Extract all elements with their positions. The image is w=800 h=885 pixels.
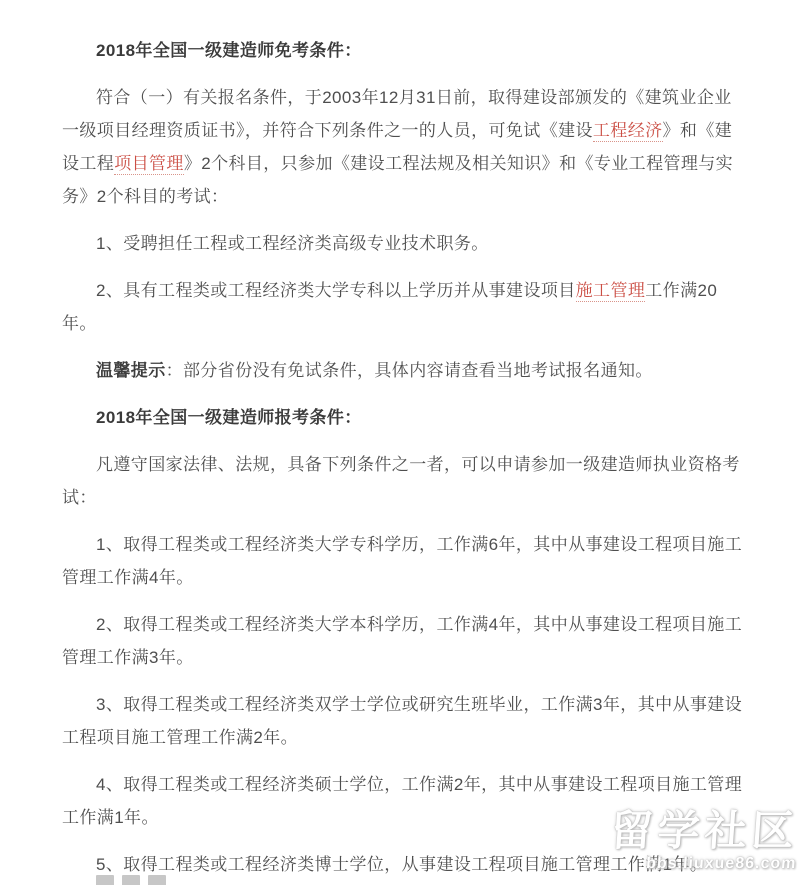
link-xiangmu-guanli[interactable]: 项目管理 [114, 154, 184, 175]
warm-tip-text: ：部分省份没有免试条件，具体内容请查看当地考试报名通知。 [166, 361, 653, 380]
warm-tip-label: 温馨提示 [96, 361, 166, 380]
link-gongcheng-jingji[interactable]: 工程经济 [593, 121, 663, 142]
section1-item-2: 2、具有工程类或工程经济类大学专科以上学历并从事建设项目施工管理工作满20年。 [62, 274, 747, 340]
section2-item-1: 1、取得工程类或工程经济类大学专科学历，工作满6年，其中从事建设工程项目施工管理… [62, 528, 747, 594]
section1-item2-text-1: 2、具有工程类或工程经济类大学专科以上学历并从事建设项目 [96, 281, 576, 300]
section2-item-2: 2、取得工程类或工程经济类大学本科学历，工作满4年，其中从事建设工程项目施工管理… [62, 608, 747, 674]
article-page: 2018年全国一级建造师免考条件： 符合（一）有关报名条件，于2003年12月3… [0, 0, 800, 885]
warm-tip-note: 温馨提示：部分省份没有免试条件，具体内容请查看当地考试报名通知。 [62, 354, 747, 387]
section1-intro-paragraph: 符合（一）有关报名条件，于2003年12月31日前，取得建设部颁发的《建筑业企业… [62, 81, 747, 213]
section2-heading: 2018年全国一级建造师报考条件： [62, 401, 747, 434]
section1-item-1: 1、受聘担任工程或工程经济类高级专业技术职务。 [62, 227, 747, 260]
section2-intro-paragraph: 凡遵守国家法律、法规，具备下列条件之一者，可以申请参加一级建造师执业资格考试： [62, 448, 747, 514]
section2-item-4: 4、取得工程类或工程经济类硕士学位，工作满2年，其中从事建设工程项目施工管理工作… [62, 768, 747, 834]
section1-heading: 2018年全国一级建造师免考条件： [62, 34, 747, 67]
section2-item-3: 3、取得工程类或工程经济类双学士学位或研究生班毕业，工作满3年，其中从事建设工程… [62, 688, 747, 754]
cutoff-text-fragment [96, 875, 166, 885]
link-shigong-guanli[interactable]: 施工管理 [576, 281, 646, 302]
article-content: 2018年全国一级建造师免考条件： 符合（一）有关报名条件，于2003年12月3… [0, 0, 800, 881]
